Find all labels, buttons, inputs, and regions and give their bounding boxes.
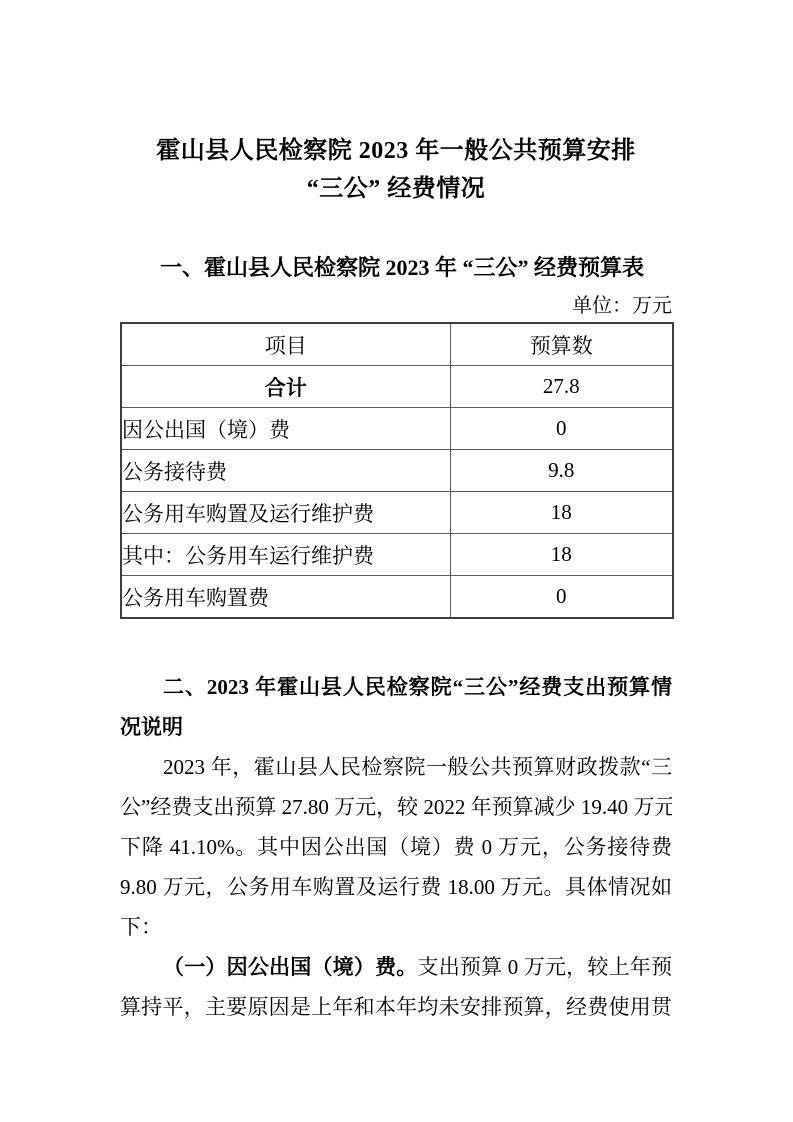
paragraph-line: 2023 年，霍山县人民检察院一般公共预算财政拨款“三 [120,747,672,787]
document-title-line2: “三公” 经费情况 [120,170,672,208]
section2-heading-line2: 况说明 [120,707,672,747]
table-cell-value: 27.8 [450,366,673,408]
table-cell-item: 合计 [121,366,450,408]
table-row: 公务用车购置费 0 [121,576,673,619]
paragraph-line: 下： [120,907,672,947]
table-row: 其中：公务用车运行维护费 18 [121,534,673,576]
table-cell-value: 18 [450,492,673,534]
table-row: 公务接待费 9.8 [121,450,673,492]
paragraph-line: 下降 41.10%。其中因公出国（境）费 0 万元，公务接待费 [120,827,672,867]
budget-table: 项目 预算数 合计 27.8 因公出国（境）费 0 公务接待费 9.8 公务用车… [120,322,674,619]
table-header-row: 项目 预算数 [121,323,673,366]
paragraph-line: 公”经费支出预算 27.80 万元，较 2022 年预算减少 19.40 万元， [120,787,672,827]
content-column: 霍山县人民检察院 2023 年一般公共预算安排 “三公” 经费情况 一、霍山县人… [120,0,672,1027]
section2: 二、2023 年霍山县人民检察院“三公”经费支出预算情 况说明 2023 年，霍… [120,667,672,1027]
document-page: 霍山县人民检察院 2023 年一般公共预算安排 “三公” 经费情况 一、霍山县人… [0,0,793,1122]
paragraph-lead-bold: （一）因公出国（境）费。 [163,955,418,979]
table-row: 因公出国（境）费 0 [121,408,673,450]
paragraph-line: 算持平，主要原因是上年和本年均未安排预算，经费使用贯 [120,987,672,1027]
section2-heading-line1: 二、2023 年霍山县人民检察院“三公”经费支出预算情 [120,667,672,707]
table-row: 公务用车购置及运行维护费 18 [121,492,673,534]
unit-label: 单位：万元 [120,295,672,317]
table-cell-value: 18 [450,534,673,576]
paragraph-line: （一）因公出国（境）费。支出预算 0 万元，较上年预 [120,947,672,987]
table-cell-item: 其中：公务用车运行维护费 [121,534,450,576]
table-row-total: 合计 27.8 [121,366,673,408]
table-cell-item: 因公出国（境）费 [121,408,450,450]
section1-heading: 一、霍山县人民检察院 2023 年 “三公” 经费预算表 [120,253,672,283]
table-cell-item: 公务接待费 [121,450,450,492]
table-cell-value: 0 [450,576,673,619]
paragraph-budget-summary: 2023 年，霍山县人民检察院一般公共预算财政拨款“三 公”经费支出预算 27.… [120,747,672,947]
paragraph-line: 9.80 万元，公务用车购置及运行费 18.00 万元。具体情况如 [120,867,672,907]
table-cell-value: 9.8 [450,450,673,492]
column-header-value: 预算数 [450,323,673,366]
table-cell-item: 公务用车购置费 [121,576,450,619]
paragraph-lead-rest: 支出预算 0 万元，较上年预 [418,955,673,979]
table-cell-value: 0 [450,408,673,450]
section2-heading: 二、2023 年霍山县人民检察院“三公”经费支出预算情 况说明 [120,667,672,747]
paragraph-abroad-expense: （一）因公出国（境）费。支出预算 0 万元，较上年预 算持平，主要原因是上年和本… [120,947,672,1027]
document-title-line1: 霍山县人民检察院 2023 年一般公共预算安排 [120,132,672,170]
table-cell-item: 公务用车购置及运行维护费 [121,492,450,534]
column-header-item: 项目 [121,323,450,366]
document-title: 霍山县人民检察院 2023 年一般公共预算安排 “三公” 经费情况 [120,0,672,208]
